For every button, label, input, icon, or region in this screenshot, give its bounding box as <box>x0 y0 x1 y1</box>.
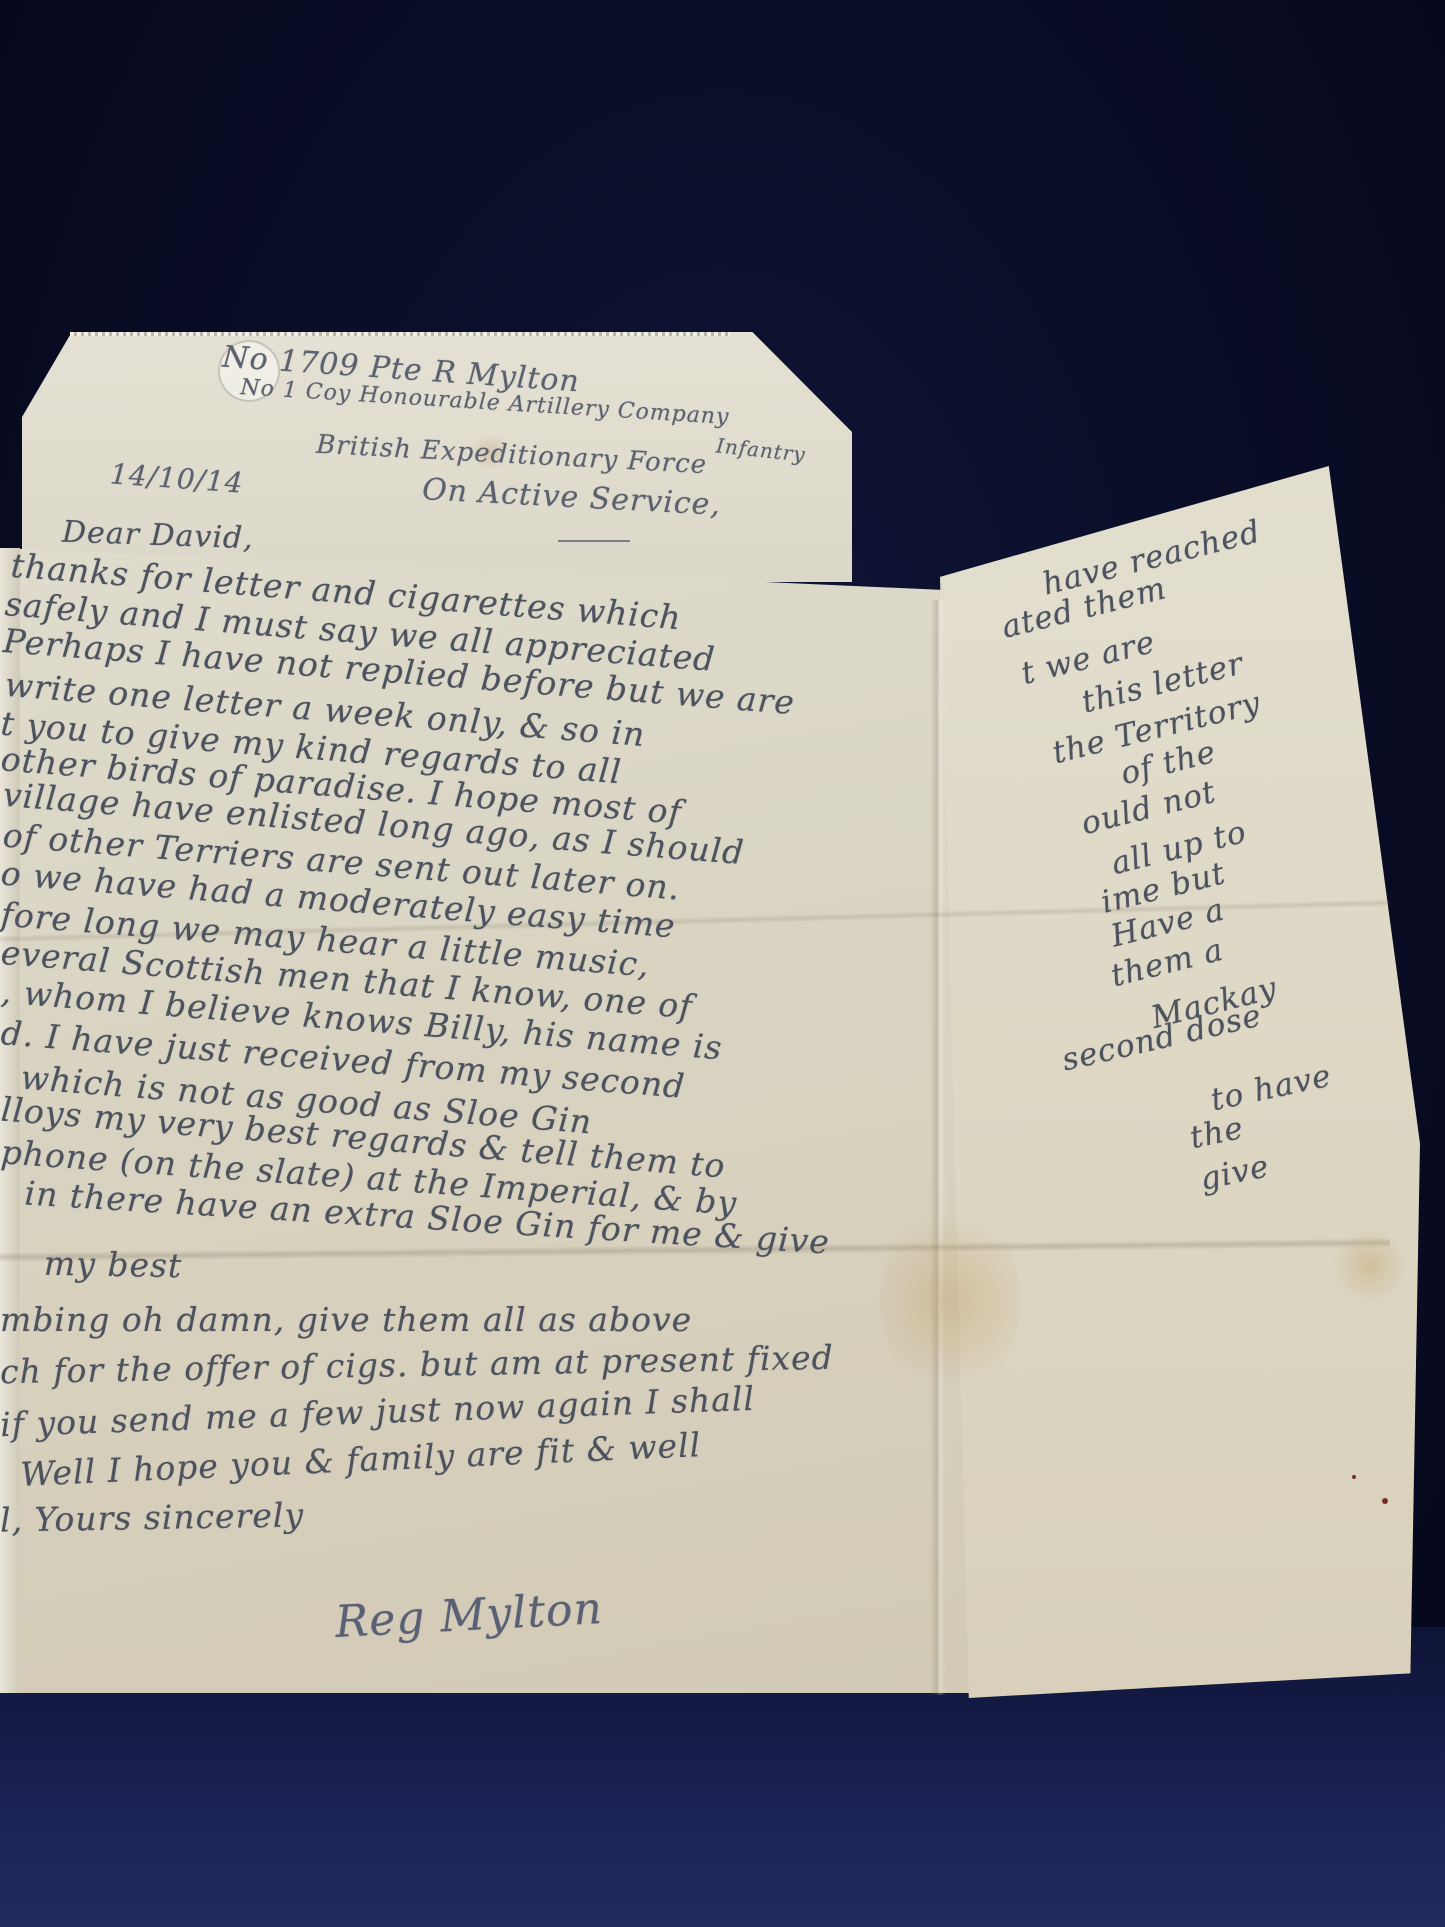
foxing-stain <box>880 1200 1020 1400</box>
salutation: Dear David, <box>61 515 254 557</box>
body-line: my best <box>44 1244 183 1285</box>
letter-photo: No 1709 Pte R Mylton No 1 Coy Honourable… <box>0 0 1445 1927</box>
right-folded-flap <box>940 466 1420 1698</box>
perforated-edge <box>70 332 730 336</box>
foxing-stain <box>1330 1230 1410 1300</box>
header-underline <box>558 540 630 542</box>
ink-spot <box>1352 1475 1356 1479</box>
body-line: mbing oh damn, give them all as above <box>0 1300 692 1339</box>
vertical-fold-crease <box>930 600 946 1695</box>
closing-line: l, Yours sincerely <box>0 1495 304 1539</box>
ink-spot <box>1382 1498 1388 1504</box>
